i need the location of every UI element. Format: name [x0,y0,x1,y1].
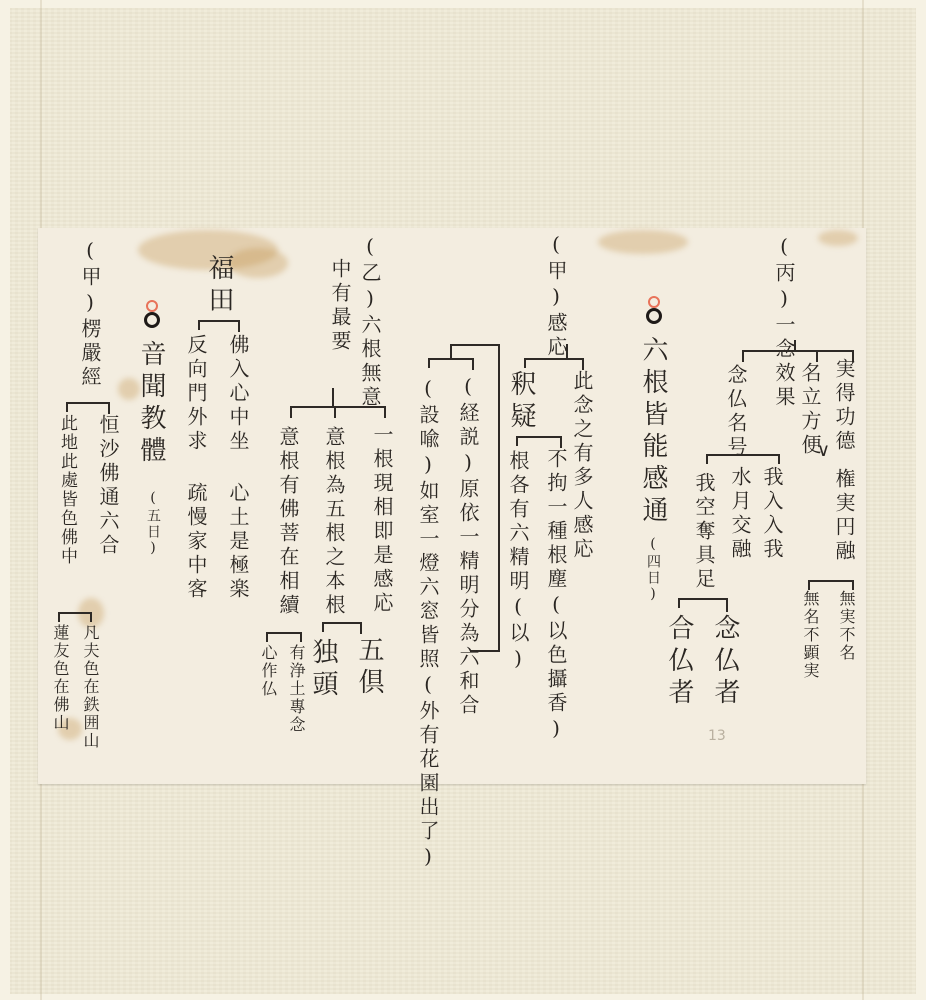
bracket-drop [66,402,68,412]
red-circle-mark [648,296,660,308]
bracket-drop [742,350,744,362]
bracket-drop [266,632,268,642]
nenbutsu-sha: 念仏者 [712,614,738,710]
heading-hei: (丙)一念效果 [774,234,794,410]
pencil-page-number: 13 [708,728,726,744]
bracket-line [58,612,92,614]
renyu-butsusen: 蓮友色在佛山 [52,624,68,732]
setsuyu: (設喩)如室一燈六窓皆照(外有花園出了) [418,376,438,872]
bracket-drop [322,622,324,632]
bracket-drop [300,632,302,642]
bracket-line [678,598,728,600]
circle-bullet-icon [144,312,160,328]
branch-jittoku: 実得功德 [834,358,854,454]
gonjitsu-enyu: 権実円融 [834,468,854,564]
stain [598,230,688,254]
fuku-isshu-konjin: 不拘一種根塵(以色攝香) [546,448,566,744]
heading-onmon: 音聞教體 [138,340,164,468]
circle-bullet-icon [646,308,662,324]
mumei-fuken: 無名不顕実 [802,590,818,680]
bracket-drop [582,358,584,370]
stain [228,248,288,278]
bracket-line [524,358,584,360]
gaku-gusoku: 我空奪具足 [694,472,714,592]
bracket-line [322,622,362,624]
heading-otsu: (乙)六根無意 [360,234,380,410]
stain [818,230,858,246]
bracket-drop [90,612,92,622]
bracket-drop [428,358,430,368]
bracket-drop [360,622,362,634]
bracket-drop [384,406,386,418]
box-left [450,344,452,358]
dokuzu: 独頭 [310,638,336,702]
join-mark: ∨ [814,440,832,465]
bracket-drop [706,454,708,464]
shin-sabutsu: 心作仏 [260,644,276,698]
bracket-drop [238,320,240,332]
red-circle-mark [146,300,158,312]
hanko-gaiku: 反向門外求 疏慢家中客 [186,334,206,602]
branch-ikon-sozoku: 意根有佛菩在相續 [278,426,298,618]
ganyu-nyuga: 我入入我 [762,466,782,562]
kyosetsu: (経説)原依一精明分為六和合 [458,374,478,718]
heading-rokkon: 六根皆能感通 [640,336,666,528]
mount-edge-left [0,0,10,1000]
bracket-stem [566,344,568,358]
bracket-line [706,454,780,456]
box-top [450,344,500,346]
bracket-line [290,406,386,408]
date-note-4: (四日) [646,536,660,604]
box-right [498,344,500,652]
bracket-line [742,350,854,352]
heading-fukuden: 福田 [206,254,232,318]
bracket-line [198,320,240,322]
butsu-nyushin: 佛入心中坐 心土是極楽 [228,334,248,602]
suigetsu-koyu: 水月交融 [730,466,750,562]
bracket-drop [726,598,728,612]
bracket-drop [334,406,336,418]
gosha-butsu: 恒沙佛通六合 [98,414,118,558]
bracket-line [516,436,562,438]
bracket-drop [58,612,60,622]
bracket-drop [516,436,518,446]
mujitsu-fumei: 無実不名 [838,590,854,662]
branch-ikkon-gensou: 一根現相即是感応 [372,424,392,616]
bracket-drop [852,580,854,590]
manuscript-sheet: (丙)一念效果 実得功德 名立方便 念仏名号 ∨ 権実円融 無実不名 無名不顕実… [38,228,866,784]
bracket-drop [816,350,818,362]
mount-edge-bottom [0,994,926,1000]
konkaku-rokusei: 根各有六精明(以) [508,450,528,674]
bracket-drop [290,406,292,418]
gobutsu-sha: 合仏者 [666,614,692,710]
date-note-5: (五日) [146,490,160,558]
jodo-sennen: 有浄土專念 [288,644,304,734]
mount-edge-right [916,0,926,1000]
branch-tanin-kanno: 此念之有多人感応 [572,370,592,562]
bracket-line [808,580,854,582]
mount-edge-top [0,0,926,8]
bracket-drop [778,454,780,464]
bracket-drop [560,436,562,448]
subheading-chuu-saiyo: 中有最要 [330,258,350,354]
shichi-shisho: 此地此處皆色佛中 [58,414,75,566]
branch-shakugi: 釈疑 [508,370,534,434]
bonbu-tetsuisen: 凡夫色在鉄囲山 [82,624,98,750]
heading-ryogon: (甲)楞嚴經 [80,238,100,390]
gogu: 五倶 [356,636,382,700]
heading-kanno: (甲)感応 [546,232,566,360]
branch-nenbutsu: 念仏名号 [726,364,746,460]
bracket-drop [678,598,680,608]
bracket-drop [108,402,110,414]
bracket-stem [794,340,796,352]
bracket-drop [524,358,526,368]
bracket-drop [198,320,200,330]
bracket-drop [472,358,474,370]
bracket-line [428,358,474,360]
bracket-drop [808,580,810,590]
branch-ikon-honkon: 意根為五根之本根 [324,426,344,618]
bracket-line [266,632,302,634]
bracket-line [66,402,110,404]
bracket-stem [332,388,334,408]
